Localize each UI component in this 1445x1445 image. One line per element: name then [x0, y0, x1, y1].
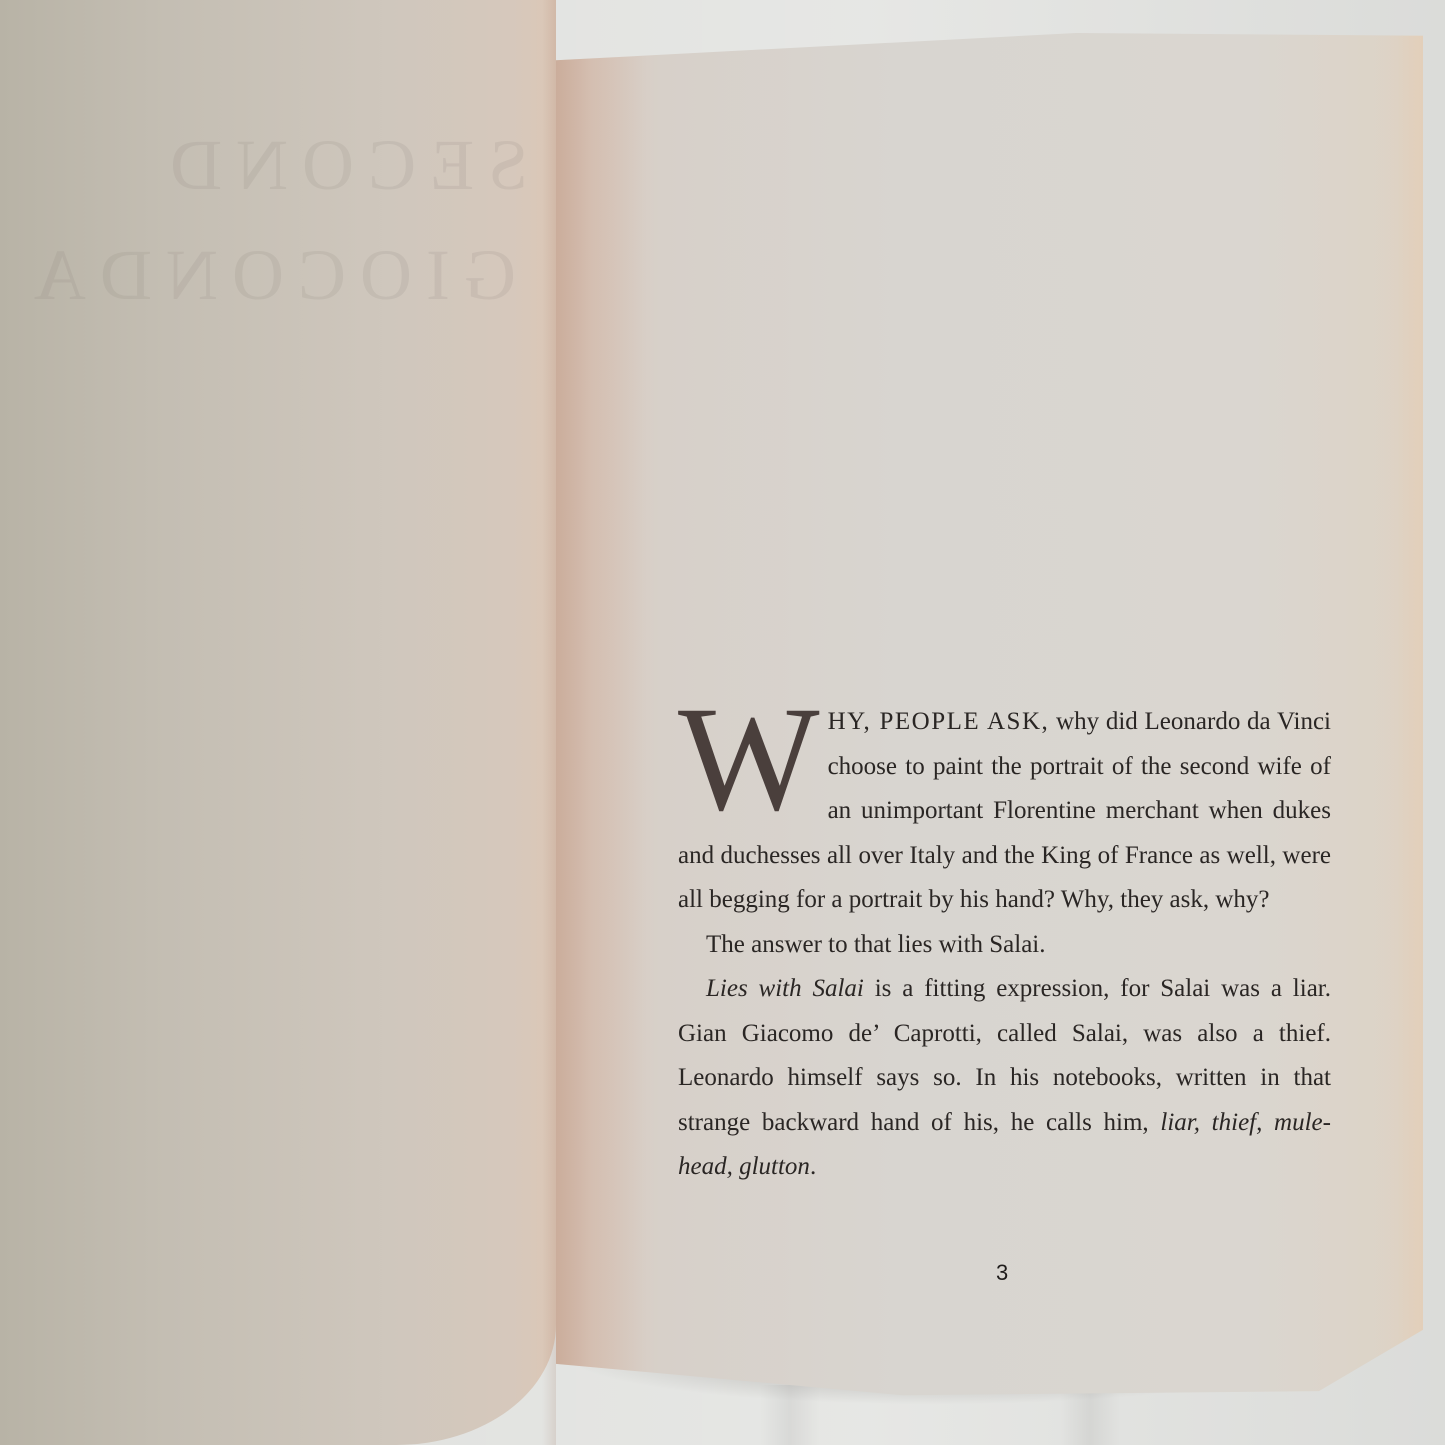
- opening-smallcaps: HY, PEOPLE ASK,: [828, 708, 1050, 735]
- paragraph: Lies with Salai is a fitting expression,…: [678, 967, 1331, 1190]
- page-number: 3: [996, 1260, 1008, 1286]
- italic-segment: Lies with Salai: [706, 975, 864, 1002]
- paragraph-opening: WHY, PEOPLE ASK, why did Leonardo da Vin…: [678, 700, 1331, 923]
- paragraph: The answer to that lies with Salai.: [678, 923, 1331, 968]
- left-page: THE SECOND MRS GIOCONDA: [0, 0, 556, 1445]
- gutter-shadow: [556, 33, 646, 1398]
- page-edge: [1383, 33, 1423, 1398]
- text-segment: The answer to that lies with Salai.: [706, 931, 1046, 958]
- drop-cap: W: [678, 704, 816, 816]
- text-segment: .: [810, 1153, 816, 1180]
- chapter-body: WHY, PEOPLE ASK, why did Leonardo da Vin…: [678, 700, 1331, 1190]
